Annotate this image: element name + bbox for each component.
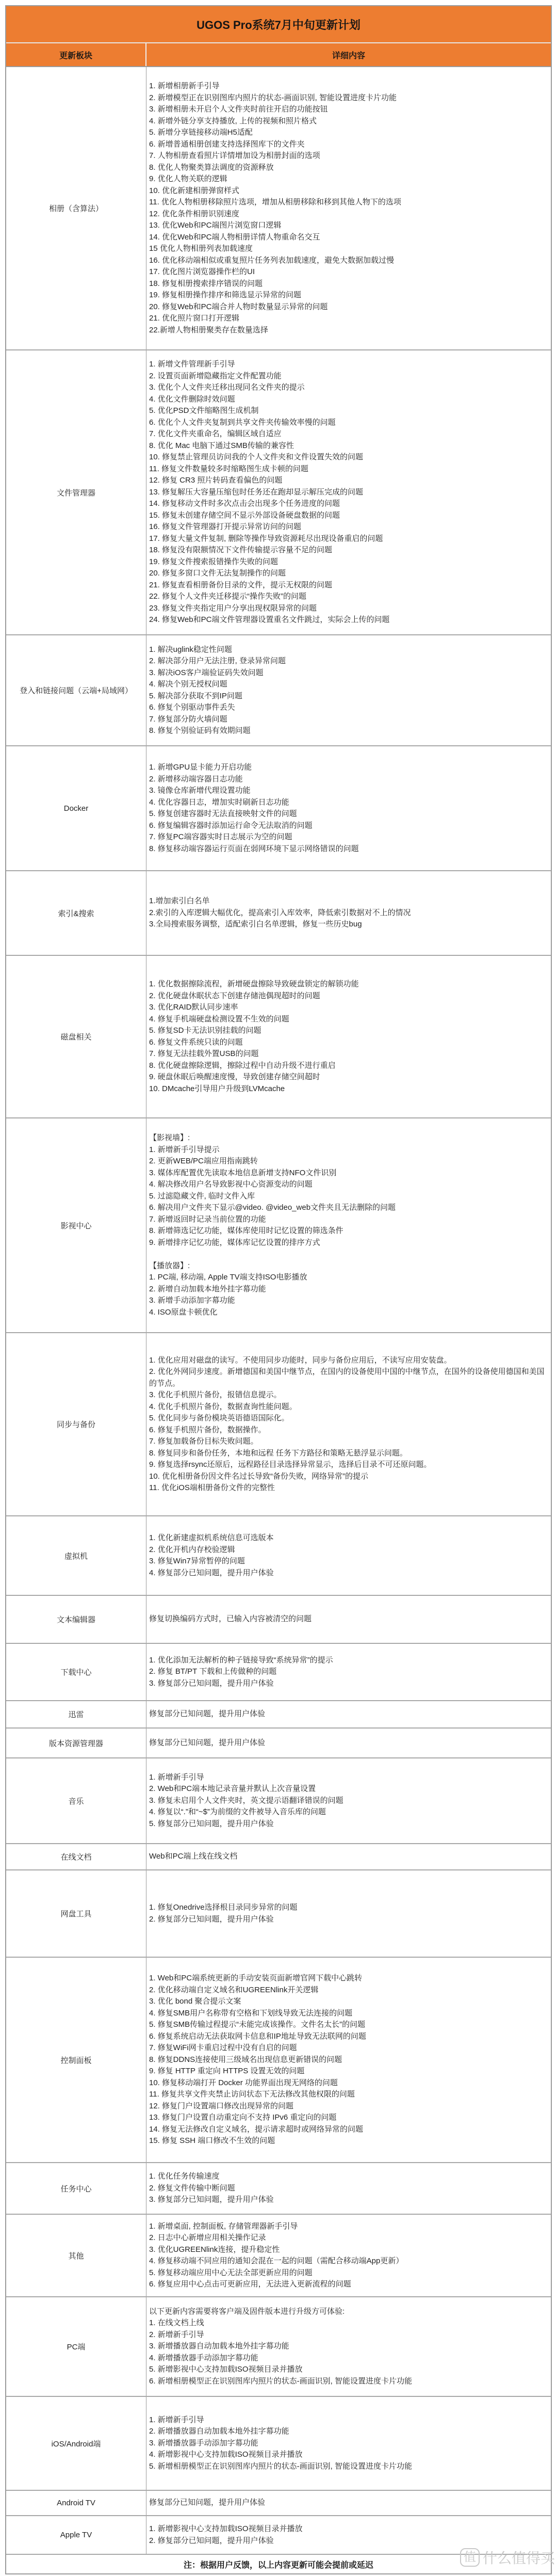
detail-line: 修复切换编码方式时，已输入内容被清空的问题 bbox=[149, 1613, 548, 1625]
table-row: Docker1. 新增GPU显卡能力开启功能2. 新增移动端容器日志功能3. 镜… bbox=[6, 746, 551, 871]
detail-line: 2. 新增播放器自动加载本地外挂字幕功能 bbox=[149, 2426, 548, 2438]
module-name: 索引&搜索 bbox=[6, 871, 146, 955]
smzdm-watermark: 值 什么值得买 bbox=[460, 2547, 555, 2568]
detail-line: 1. 新增影视中心支持加载ISO视频目录并播放 bbox=[149, 2523, 548, 2535]
detail-line: 3. 修复部分已知问题，提升用户体验 bbox=[149, 1678, 548, 1690]
detail-line: 1. 解决uglink稳定性问题 bbox=[149, 644, 548, 656]
module-name: Android TV bbox=[6, 2491, 146, 2515]
detail-line: 5. 过滤隐藏文件, 临时文件入库 bbox=[149, 1191, 548, 1203]
module-name: 在线文档 bbox=[6, 1844, 146, 1869]
detail-line: 2.索引的入库逻辑大幅优化，提高索引入库效率，降低索引数据对不上的情况 bbox=[149, 907, 548, 919]
detail-line: 5. 修复创建容器时无法直接映射文件的问题 bbox=[149, 808, 548, 820]
detail-line: 22.新增人物相册聚类存在数量选择 bbox=[149, 325, 548, 337]
detail-line: 7. 修复加载备份目标失败问题。 bbox=[149, 1436, 548, 1448]
module-name: 任务中心 bbox=[6, 2163, 146, 2214]
detail-line: 8. 修复移动端容器运行页面在弱网环境下显示网络错误的问题 bbox=[149, 843, 548, 855]
detail-line: 2. 优化开机内存校验逻辑 bbox=[149, 1544, 548, 1556]
table-row: 文本编辑器修复切换编码方式时，已输入内容被清空的问题 bbox=[6, 1596, 551, 1644]
detail-line: 2. 修复部分已知问题，提升用户体验 bbox=[149, 1914, 548, 1926]
detail-line: 17. 修复大量文件复制, 删除等操作导致资源耗尽出现设备重启的问题 bbox=[149, 533, 548, 545]
detail-line: 14. 修复移动文件时多次点击会出现多个任务进度的问题 bbox=[149, 498, 548, 510]
table-body: 相册（含算法）1. 新增相册新手引导2. 新增模型正在识别图库内照片的状态-画面… bbox=[6, 67, 551, 2555]
module-name: Docker bbox=[6, 746, 146, 870]
detail-line: 1. 在线文档上线 bbox=[149, 2317, 548, 2329]
detail-line: 10. 优化相册备份因文件名过长导致“备份失败，网络异常”的提示 bbox=[149, 1471, 548, 1483]
table-row: iOS/Android端1. 新增新手引导2. 新增播放器自动加载本地外挂字幕功… bbox=[6, 2397, 551, 2491]
detail-line: 7. 新增返回时记录当前位置的功能 bbox=[149, 1214, 548, 1226]
detail-line: 3. 修复Win7异常暂停的问题 bbox=[149, 1556, 548, 1567]
column-header-detail: 详细内容 bbox=[146, 43, 551, 66]
detail-line: 修复部分已知问题，提升用户体验 bbox=[149, 1708, 548, 1720]
module-name: 文件管理器 bbox=[6, 350, 146, 634]
detail-line: 7. 修复无法挂载外置USB的问题 bbox=[149, 1048, 548, 1060]
detail-line: 2. 新增新手引导 bbox=[149, 2329, 548, 2341]
table-row: 任务中心1. 优化任务传输速度2. 修复文件传输中断问题3. 修复部分已知问题，… bbox=[6, 2163, 551, 2215]
detail-line: 4. 优化文件删除时效问题 bbox=[149, 394, 548, 406]
detail-line: 1. Web和PC端系统更新的手动安装页面新增官网下载中心跳转 bbox=[149, 1973, 548, 1985]
detail-line: 2. 修复部分已知问题，提升用户体验 bbox=[149, 2535, 548, 2547]
detail-line: 12. 修复门户设置端口修改出现异常的问题 bbox=[149, 2101, 548, 2113]
detail-line: 2. 设置页面新增隐藏指定文件配置功能 bbox=[149, 371, 548, 382]
detail-content: 1. 优化应用对磁盘的读写。不使用同步功能时，同步与备份应用后，不读写应用安装盘… bbox=[146, 1333, 551, 1515]
module-name: 控制面板 bbox=[6, 1958, 146, 2162]
detail-line: 15. 修复未创建存储空间不显示外部设备硬盘数据的问题 bbox=[149, 510, 548, 522]
detail-content: 1. 新增GPU显卡能力开启功能2. 新增移动端容器日志功能3. 镜像仓库新增代… bbox=[146, 746, 551, 870]
detail-line: 9. 硬盘休眠后唤醒速度慢，导致创建存储空间超时 bbox=[149, 1071, 548, 1083]
detail-line: 2. 解决部分用户无法注册, 登录异常问题 bbox=[149, 655, 548, 667]
module-name: 音乐 bbox=[6, 1758, 146, 1843]
detail-line: 5. 修复移动端应用中心无法全部更新应用的问题 bbox=[149, 2267, 548, 2279]
detail-line: 17. 优化图片浏览器操作栏的UI bbox=[149, 266, 548, 278]
detail-line: 6. 新增普通相册创建支持选择图库下的文件夹 bbox=[149, 139, 548, 151]
detail-line: 3. 优化手机照片备份，报错信息提示。 bbox=[149, 1389, 548, 1401]
page: UGOS Pro系统7月中旬更新计划 更新板块 详细内容 相册（含算法）1. 新… bbox=[0, 0, 557, 2576]
module-name: 文本编辑器 bbox=[6, 1596, 146, 1643]
detail-line: 3.全局搜索服务调整，适配索引白名单逻辑，修复一些历史bug bbox=[149, 919, 548, 931]
detail-line: 6. 修复文件系统只读的问题 bbox=[149, 1037, 548, 1049]
detail-line: 2. 新增模型正在识别图库内照片的状态-画面识别, 智能设置进度卡片功能 bbox=[149, 92, 548, 104]
detail-line: 3. 新增手动添加字幕功能 bbox=[149, 1295, 548, 1307]
detail-content: 1. 新增文件管理新手引导2. 设置页面新增隐藏指定文件配置功能3. 优化个人文… bbox=[146, 350, 551, 634]
detail-content: 1. 新增桌面, 控制面板, 存储管理器新手引导2. 日志中心新增应用相关操作记… bbox=[146, 2215, 551, 2296]
detail-line: Web和PC端上线在线文档 bbox=[149, 1851, 548, 1863]
detail-content: 1. 解决uglink稳定性问题2. 解决部分用户无法注册, 登录异常问题3. … bbox=[146, 635, 551, 745]
detail-line: 5. 修复SMB传输过程提示“未能完成该操作。文件名太长”的问题 bbox=[149, 2019, 548, 2031]
detail-line: 1. PC端, 移动端, Apple TV端支持ISO电影播放 bbox=[149, 1272, 548, 1284]
detail-line: 1. 新增相册新手引导 bbox=[149, 81, 548, 92]
detail-line: 23. 修复文件夹指定用户分享出现权限异常的问题 bbox=[149, 603, 548, 615]
detail-line: 1. 优化应用对磁盘的读写。不使用同步功能时，同步与备份应用后，不读写应用安装盘… bbox=[149, 1355, 548, 1367]
detail-line: 1. 新增新手引导 bbox=[149, 2414, 548, 2426]
detail-line: 11. 优化人物相册移除照片选项，增加从相册移除和移到其他人物下的选项 bbox=[149, 197, 548, 209]
table-row: 音乐1. 新增新手引导2. Web和PC端本地记录音量并默认上次音量设置3. 修… bbox=[6, 1758, 551, 1844]
detail-line: 4. 解决修改用户名导致影视中心资源变动的问题 bbox=[149, 1179, 548, 1191]
detail-line: 10. 修复移动端打开 Docker 功能界面出现无网络的问题 bbox=[149, 2077, 548, 2089]
detail-line: 13. 优化Web和PC端图片浏览窗口逻辑 bbox=[149, 220, 548, 232]
detail-line: 1. 优化新建虚拟机系统信息可选版本 bbox=[149, 1532, 548, 1544]
table-row: 磁盘相关1. 优化数据擦除流程，新增硬盘擦除导致硬盘锁定的解锁功能2. 优化硬盘… bbox=[6, 956, 551, 1118]
detail-line: 修复部分已知问题，提升用户体验 bbox=[149, 2497, 548, 2509]
detail-content: 【影视墙】:1. 新增新手引导提示2. 更新WEB/PC端应用指南跳转3. 媒体… bbox=[146, 1118, 551, 1332]
detail-line: 3. 优化 bond 聚合提示文案 bbox=[149, 1996, 548, 2008]
detail-line: 4. 修复手机端硬盘检测设置不生效的问题 bbox=[149, 1014, 548, 1026]
detail-line: 11. 修复文件数量较多时缩略图生成卡顿的问题 bbox=[149, 463, 548, 475]
detail-line bbox=[149, 1249, 548, 1260]
detail-line: 15 优化人物相册列表加载速度 bbox=[149, 243, 548, 255]
detail-line: 3. 修复部分已知问题，提升用户体验 bbox=[149, 2194, 548, 2206]
detail-line: 20. 修复Web和PC端合并人物时数量显示异常的问题 bbox=[149, 301, 548, 313]
column-header-row: 更新板块 详细内容 bbox=[6, 43, 551, 67]
detail-line: 3. 新增相册未开启个人文件夹时前往开启的功能按钮 bbox=[149, 104, 548, 116]
detail-line: 3. 解决iOS客户端验证码失效问题 bbox=[149, 667, 548, 679]
detail-content: 1. 修复Onedrive选择根目录同步异常的问题2. 修复部分已知问题，提升用… bbox=[146, 1870, 551, 1957]
module-name: PC端 bbox=[6, 2297, 146, 2396]
detail-line: 5. 新增分享链接移动端H5适配 bbox=[149, 127, 548, 139]
module-name: 相册（含算法） bbox=[6, 67, 146, 349]
table-row: 迅雷修复部分已知问题，提升用户体验 bbox=[6, 1701, 551, 1729]
detail-line: 9. 修复选择rsync还原后，远程路径目录选择异常显示，选择后目录不可还原问题… bbox=[149, 1459, 548, 1471]
detail-line: 9. 新增排序记忆功能，媒体库记忆设置的排序方式 bbox=[149, 1237, 548, 1249]
detail-line: 1. 新增文件管理新手引导 bbox=[149, 359, 548, 371]
detail-content: 1.增加索引白名单2.索引的入库逻辑大幅优化，提高索引入库效率，降低索引数据对不… bbox=[146, 871, 551, 955]
column-header-module: 更新板块 bbox=[6, 43, 146, 66]
detail-line: 16. 优化移动端相似或重复照片任务列表加载速度，避免大数据加载过慢 bbox=[149, 255, 548, 267]
detail-line: 4. 修复SMB用户名称带有空格和下划线导致无法连接的问题 bbox=[149, 2008, 548, 2020]
detail-line: 18. 修复相册搜索排序错误的问题 bbox=[149, 278, 548, 290]
detail-line: 14. 优化Web和PC端人物相册详情人物重命名交互 bbox=[149, 232, 548, 244]
table-row: 同步与备份1. 优化应用对磁盘的读写。不使用同步功能时，同步与备份应用后，不读写… bbox=[6, 1333, 551, 1516]
detail-line: 1. 优化添加无法解析的种子链接导致“系统异常”的提示 bbox=[149, 1655, 548, 1667]
detail-content: 1. 新增新手引导2. Web和PC端本地记录音量并默认上次音量设置3. 修复未… bbox=[146, 1758, 551, 1843]
detail-line: 4. 新增外链分享支持播放, 上传的视频和照片格式 bbox=[149, 116, 548, 127]
module-name: iOS/Android端 bbox=[6, 2397, 146, 2490]
detail-line: 12. 修复 CR3 照片转码查看偏色的问题 bbox=[149, 475, 548, 487]
detail-line: 2. 日志中心新增应用相关操作记录 bbox=[149, 2232, 548, 2244]
detail-line: 14. 修复无法修改自定义域名，提示请求超时或网络异常的问题 bbox=[149, 2124, 548, 2136]
detail-line: 10. 优化新建相册弹窗样式 bbox=[149, 185, 548, 197]
module-name: 下载中心 bbox=[6, 1644, 146, 1700]
detail-line: 6. 新增相册模型正在识别图库内照片的状态-画面识别, 智能设置进度卡片功能 bbox=[149, 2376, 548, 2388]
table-row: 在线文档Web和PC端上线在线文档 bbox=[6, 1844, 551, 1870]
detail-line: 【播放器】: bbox=[149, 1260, 548, 1272]
detail-content: 以下更新内容需要将客户端及固件版本进行升级方可体验:1. 在线文档上线2. 新增… bbox=[146, 2297, 551, 2396]
detail-content: 修复切换编码方式时，已输入内容被清空的问题 bbox=[146, 1596, 551, 1643]
detail-line: 4. ISO原盘卡顿优化 bbox=[149, 1307, 548, 1319]
detail-content: 1. 优化新建虚拟机系统信息可选版本2. 优化开机内存校验逻辑3. 修复Win7… bbox=[146, 1516, 551, 1595]
detail-line: 5. 优化PSD文件缩略图生成机制 bbox=[149, 405, 548, 417]
detail-content: 修复部分已知问题，提升用户体验 bbox=[146, 1729, 551, 1757]
detail-line: 3. 优化RAID默认同步速率 bbox=[149, 1002, 548, 1014]
detail-line: 13. 修复解压大容量压缩包时任务还在跑却显示解压完成的问题 bbox=[149, 487, 548, 499]
module-name: Apple TV bbox=[6, 2516, 146, 2554]
table-row: 控制面板1. Web和PC端系统更新的手动安装页面新增官网下载中心跳转2. 优化… bbox=[6, 1958, 551, 2163]
detail-line: 1. 优化数据擦除流程，新增硬盘擦除导致硬盘锁定的解锁功能 bbox=[149, 979, 548, 990]
detail-line: 1. 新增新手引导 bbox=[149, 1772, 548, 1784]
detail-content: 1. Web和PC端系统更新的手动安装页面新增官网下载中心跳转2. 优化移动端自… bbox=[146, 1958, 551, 2162]
detail-line: 1. 修复Onedrive选择根目录同步异常的问题 bbox=[149, 1902, 548, 1914]
detail-line: 4. 新增播放器手动添加字幕功能 bbox=[149, 2353, 548, 2364]
detail-content: 1. 优化任务传输速度2. 修复文件传输中断问题3. 修复部分已知问题，提升用户… bbox=[146, 2163, 551, 2214]
detail-line: 7. 修复PC端容器实时日志展示为空的问题 bbox=[149, 831, 548, 843]
detail-line: 3. 修复未启用个人文件夹时，英文提示语翻译错误的问题 bbox=[149, 1795, 548, 1807]
detail-line: 8. 新增筛选记忆功能，媒体库使用时记忆设置的筛选条件 bbox=[149, 1225, 548, 1237]
table-row: 虚拟机1. 优化新建虚拟机系统信息可选版本2. 优化开机内存校验逻辑3. 修复W… bbox=[6, 1516, 551, 1596]
module-name: 网盘工具 bbox=[6, 1870, 146, 1957]
detail-line: 4. 解决个别无授权问题 bbox=[149, 679, 548, 691]
table-row: 相册（含算法）1. 新增相册新手引导2. 新增模型正在识别图库内照片的状态-画面… bbox=[6, 67, 551, 350]
module-name: 版本资源管理器 bbox=[6, 1729, 146, 1757]
detail-line: 20. 修复多窗口文件无法复制操作的问题 bbox=[149, 568, 548, 580]
detail-line: 6. 修复个别驱动事件丢失 bbox=[149, 702, 548, 714]
module-name: 磁盘相关 bbox=[6, 956, 146, 1117]
detail-line: 修复部分已知问题，提升用户体验 bbox=[149, 1737, 548, 1749]
detail-line: 9. 优化人物关联的逻辑 bbox=[149, 173, 548, 185]
detail-line: 8. 优化人物聚类算法调度的资源释放 bbox=[149, 162, 548, 174]
detail-line: 7. 修复部分防火墙问题 bbox=[149, 714, 548, 726]
module-name: 影视中心 bbox=[6, 1118, 146, 1332]
detail-line: 5. 优化同步与备份模块英语德语国际化。 bbox=[149, 1413, 548, 1425]
smzdm-logo-icon: 值 bbox=[460, 2548, 480, 2567]
detail-line: 8. 优化硬盘擦除逻辑，擦除过程中自动升级不进行重启 bbox=[149, 1060, 548, 1072]
detail-line: 4. 新增影视中心支持加载ISO视频目录并播放 bbox=[149, 2449, 548, 2461]
detail-line: 4. 修复部分已知问题，提升用户体验 bbox=[149, 1567, 548, 1579]
detail-line: 1. 优化任务传输速度 bbox=[149, 2171, 548, 2183]
detail-line: 11. 优化iOS端相册备份文件的完整性 bbox=[149, 1482, 548, 1494]
detail-line: 7. 人物相册查看照片详情增加设为相册封面的选项 bbox=[149, 150, 548, 162]
module-name: 同步与备份 bbox=[6, 1333, 146, 1515]
detail-line: 24. 修复Web和PC端文件管理器设置重名文件跳过，实际会上传的问题 bbox=[149, 614, 548, 626]
detail-line: 15. 修复 SSH 端口修改不生效的问题 bbox=[149, 2135, 548, 2147]
detail-line: 21. 优化照片窗口打开逻辑 bbox=[149, 313, 548, 325]
detail-line: 6. 修复应用中心点击可更新应用，无法进入更新流程的问题 bbox=[149, 2279, 548, 2291]
detail-line: 10. 修复禁止管理员访问我的个人文件夹和文件设置失效的问题 bbox=[149, 452, 548, 463]
detail-line: 8. 修复同步和备份任务，本地和远程 任务下方路径和策略无悬浮显示问题。 bbox=[149, 1448, 548, 1460]
detail-line: 13. 修复门户设置自动重定向不支持 IPv6 重定向的问题 bbox=[149, 2112, 548, 2124]
detail-content: 1. 优化添加无法解析的种子链接导致“系统异常”的提示2. 修复 BT/PT 下… bbox=[146, 1644, 551, 1700]
detail-line: 16. 修复文件管理器打开提示异常访问的问题 bbox=[149, 521, 548, 533]
table-row: Android TV修复部分已知问题，提升用户体验 bbox=[6, 2491, 551, 2516]
table-row: 网盘工具1. 修复Onedrive选择根目录同步异常的问题2. 修复部分已知问题… bbox=[6, 1870, 551, 1958]
detail-line: 2. 优化硬盘休眠状态下创建存储池偶现超时的问题 bbox=[149, 990, 548, 1002]
detail-line: 5. 修复部分已知问题，提升用户体验 bbox=[149, 1818, 548, 1830]
detail-line: 6. 解决用户文件夹下显示@video. @video_web文件夹且无法删除的… bbox=[149, 1202, 548, 1214]
detail-line: 3. 媒体库配置优先读取本地信息新增支持NFO文件识别 bbox=[149, 1167, 548, 1179]
detail-line: 2. 优化移动端自定义域名和UGREENlink开关逻辑 bbox=[149, 1985, 548, 1996]
detail-content: Web和PC端上线在线文档 bbox=[146, 1844, 551, 1869]
table-row: 索引&搜索1.增加索引白名单2.索引的入库逻辑大幅优化，提高索引入库效率，降低索… bbox=[6, 871, 551, 956]
detail-content: 修复部分已知问题，提升用户体验 bbox=[146, 2491, 551, 2515]
detail-line: 2. 修复文件传输中断问题 bbox=[149, 2183, 548, 2195]
detail-line: 12. 优化条件相册识别速度 bbox=[149, 209, 548, 220]
detail-line: 3. 优化UGREENlink连接，提升稳定性 bbox=[149, 2244, 548, 2256]
detail-line: 4. 优化手机照片备份，数据查询性能问题。 bbox=[149, 1401, 548, 1413]
detail-line: 8. 修复个别验证码有效期问题 bbox=[149, 725, 548, 737]
detail-line: 19. 修复文件搜索报错操作失败的问题 bbox=[149, 556, 548, 568]
detail-line: 5. 解决部分获取不到IP问题 bbox=[149, 691, 548, 702]
detail-line: 2. 修复 BT/PT 下载和上传做种的问题 bbox=[149, 1666, 548, 1678]
detail-line: 3. 新增播放器自动加载本地外挂字幕功能 bbox=[149, 2341, 548, 2353]
detail-line: 8. 优化 Mac 电脑下通过SMB传输的兼容性 bbox=[149, 440, 548, 452]
detail-content: 修复部分已知问题，提升用户体验 bbox=[146, 1701, 551, 1727]
detail-line: 3. 优化个人文件夹迁移出现同名文件夹的提示 bbox=[149, 382, 548, 394]
detail-line: 2. 优化外网同步速度。新增德国和美国中继节点，在国内的设备使用中国的中继节点，… bbox=[149, 1366, 548, 1389]
detail-line: 22. 修复个人文件夹迁移提示“操作失败”的问题 bbox=[149, 591, 548, 603]
module-name: 迅雷 bbox=[6, 1701, 146, 1727]
detail-line: 【影视墙】: bbox=[149, 1132, 548, 1144]
detail-line: 2. 新增自动加载本地外挂字幕功能 bbox=[149, 1284, 548, 1295]
detail-line: 1.增加索引白名单 bbox=[149, 895, 548, 907]
table-title: UGOS Pro系统7月中旬更新计划 bbox=[6, 6, 551, 43]
detail-line: 19. 修复相册操作排序和筛选显示异常的问题 bbox=[149, 290, 548, 301]
detail-line: 1. 新增桌面, 控制面板, 存储管理器新手引导 bbox=[149, 2221, 548, 2233]
detail-line: 7. 修复WiFi网卡重启过程中没有自启的问题 bbox=[149, 2042, 548, 2054]
detail-line: 7. 优化文件夹重命名，编辑区域自适应 bbox=[149, 428, 548, 440]
smzdm-watermark-text: 什么值得买 bbox=[483, 2547, 555, 2568]
table-row: 其他1. 新增桌面, 控制面板, 存储管理器新手引导2. 日志中心新增应用相关操… bbox=[6, 2215, 551, 2297]
detail-content: 1. 新增相册新手引导2. 新增模型正在识别图库内照片的状态-画面识别, 智能设… bbox=[146, 67, 551, 349]
table-row: 登入和链接问题（云端+局域网）1. 解决uglink稳定性问题2. 解决部分用户… bbox=[6, 635, 551, 746]
module-name: 登入和链接问题（云端+局域网） bbox=[6, 635, 146, 745]
detail-line: 18. 修复没有限额情况下文件传输提示容量不足的问题 bbox=[149, 545, 548, 556]
detail-line: 6. 优化个人文件夹复制到共享文件夹传输效率慢的问题 bbox=[149, 417, 548, 429]
table-row: 下载中心1. 优化添加无法解析的种子链接导致“系统异常”的提示2. 修复 BT/… bbox=[6, 1644, 551, 1701]
detail-line: 2. 更新WEB/PC端应用指南跳转 bbox=[149, 1156, 548, 1167]
detail-line: 6. 修复编辑容器时添加运行命令无法取消的问题 bbox=[149, 820, 548, 832]
detail-line: 5. 新增影视中心支持加载ISO视频目录并播放 bbox=[149, 2364, 548, 2376]
detail-line: 以下更新内容需要将客户端及固件版本进行升级方可体验: bbox=[149, 2306, 548, 2318]
table-row: 版本资源管理器修复部分已知问题，提升用户体验 bbox=[6, 1729, 551, 1758]
detail-line: 2. 新增移动端容器日志功能 bbox=[149, 774, 548, 786]
detail-line: 3. 镜像仓库新增代理设置功能 bbox=[149, 785, 548, 797]
detail-line: 3. 新增播放器手动添加字幕功能 bbox=[149, 2438, 548, 2450]
detail-line: 4. 修复移动端不同应用的通知会混在一起的问题（需配合移动端App更新） bbox=[149, 2255, 548, 2267]
detail-line: 11. 修复共享文件夹禁止访问状态下无法修改其他权限的问题 bbox=[149, 2089, 548, 2101]
table-row: 文件管理器1. 新增文件管理新手引导2. 设置页面新增隐藏指定文件配置功能3. … bbox=[6, 350, 551, 635]
detail-line: 1. 新增新手引导提示 bbox=[149, 1144, 548, 1156]
detail-line: 5. 修复SD卡无法识别挂载的问题 bbox=[149, 1025, 548, 1037]
detail-line: 6. 修复手机照片备份，数据操作。 bbox=[149, 1425, 548, 1436]
detail-line: 6. 修复系统启动无法获取网卡信息和IP地址导致无法联网的问题 bbox=[149, 2031, 548, 2043]
detail-line: 8. 修复DDNS连接使用三级域名出现信息更新错误的问题 bbox=[149, 2054, 548, 2066]
detail-content: 1. 优化数据擦除流程，新增硬盘擦除导致硬盘锁定的解锁功能2. 优化硬盘休眠状态… bbox=[146, 956, 551, 1117]
table-row: 影视中心【影视墙】:1. 新增新手引导提示2. 更新WEB/PC端应用指南跳转3… bbox=[6, 1118, 551, 1333]
detail-line: 4. 优化容器日志，增加实时刷新日志功能 bbox=[149, 797, 548, 809]
detail-line: 4. 修复以“.”和“~$”为前缀的文件被导入音乐库的问题 bbox=[149, 1806, 548, 1818]
module-name: 其他 bbox=[6, 2215, 146, 2296]
detail-line: 2. Web和PC端本地记录音量并默认上次音量设置 bbox=[149, 1783, 548, 1795]
update-plan-table: UGOS Pro系统7月中旬更新计划 更新板块 详细内容 相册（含算法）1. 新… bbox=[5, 5, 552, 2574]
detail-line: 10. DMcache引导用户升级到LVMcache bbox=[149, 1083, 548, 1095]
detail-content: 1. 新增新手引导2. 新增播放器自动加载本地外挂字幕功能3. 新增播放器手动添… bbox=[146, 2397, 551, 2490]
detail-line: 5. 新增相册模型正在识别图库内照片的状态-画面识别, 智能设置进度卡片功能 bbox=[149, 2461, 548, 2473]
detail-line: 1. 新增GPU显卡能力开启功能 bbox=[149, 762, 548, 774]
module-name: 虚拟机 bbox=[6, 1516, 146, 1595]
detail-line: 9. 修复 HTTP 重定向 HTTPS 设置无效的问题 bbox=[149, 2066, 548, 2077]
detail-line: 21. 修复查看相册备份目录的文件，提示无权限的问题 bbox=[149, 580, 548, 591]
table-row: PC端以下更新内容需要将客户端及固件版本进行升级方可体验:1. 在线文档上线2.… bbox=[6, 2297, 551, 2397]
